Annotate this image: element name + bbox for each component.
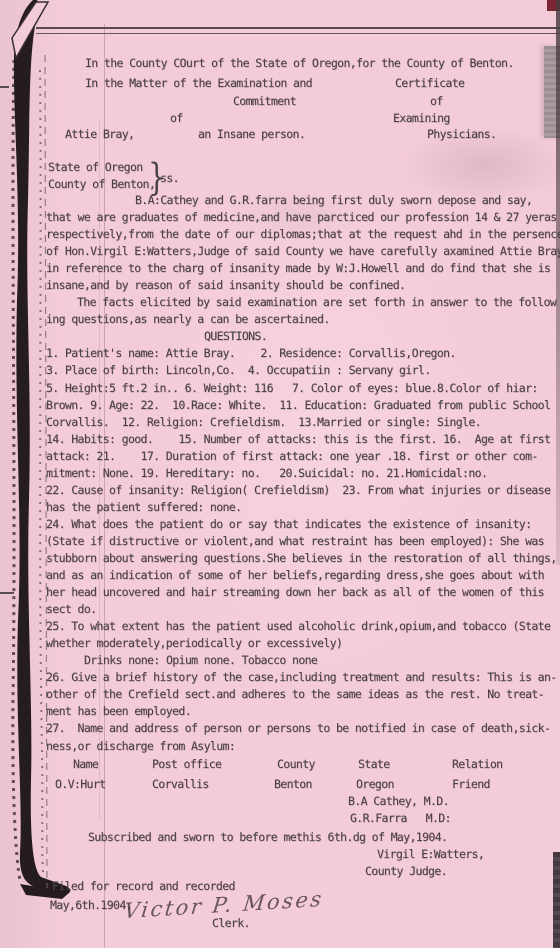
doc-line: Drinks none: Opium none. Tobacco none: [84, 653, 560, 670]
doc-line: other of the Crefield sect.and adheres t…: [46, 687, 560, 704]
physician-signature-1: B.A Cathey, M.D.: [348, 794, 449, 808]
table-cell-postoffice: Corvallis: [152, 777, 209, 791]
doc-line: has the patient suffered: none.: [46, 500, 560, 517]
caption-of-left: of: [170, 111, 183, 125]
caption-commitment: Commitment: [233, 94, 296, 108]
venue-county: County of Benton,: [48, 177, 155, 191]
bottom-right-scan-strip: [553, 852, 560, 948]
judge-signature: Virgil E:Watters,: [377, 847, 484, 861]
party-descriptor: an Insane person.: [198, 127, 305, 141]
caption-certificate: Certificate: [395, 76, 464, 90]
doc-line: 24. What does the patient do or say that…: [46, 517, 560, 534]
filed-line: Filed for record and recorded: [52, 879, 235, 893]
doc-line: 22. Cause of insanity: Religion( Crefiel…: [46, 483, 560, 500]
top-double-rule-lower: [36, 33, 560, 35]
judge-title: County Judge.: [365, 864, 447, 878]
table-cell-county: Benton: [274, 777, 312, 791]
table-cell-state: Oregon: [356, 777, 394, 791]
doc-line: B.A:Cathey and G.R.farra being first dul…: [135, 193, 560, 210]
table-header-relation: Relation: [452, 757, 502, 771]
doc-line: 5. Height:5 ft.2 in.. 6. Weight: 116 7. …: [46, 381, 560, 398]
document-body: B.A:Cathey and G.R.farra being first dul…: [46, 193, 560, 756]
doc-line: ment has been employed.: [46, 704, 560, 721]
table-header-name: Name: [73, 757, 98, 771]
doc-line: that we are graduates of medicine,and ha…: [46, 210, 560, 227]
table-header-county: County: [277, 757, 315, 771]
sworn-statement-line: Subscribed and sworn to before methis 6t…: [88, 830, 447, 844]
doc-line: respectively,from the date of our diplom…: [46, 227, 560, 244]
questions-heading: QUESTIONS.: [204, 329, 560, 346]
doc-line: ing questions,as nearly a can be ascerta…: [46, 312, 560, 329]
party-name: Attie Bray,: [65, 127, 134, 141]
caption-examining: Examining: [393, 111, 450, 125]
doc-line: mitment: None. 19. Hereditary: no. 20.Su…: [46, 466, 560, 483]
doc-line: The facts elicited by said examination a…: [77, 295, 560, 312]
caption-physicians: Physicians.: [427, 127, 496, 141]
doc-line: and as an indication of some of her beli…: [46, 568, 560, 585]
doc-line: Corvallis. 12. Religion: Crefieldism. 13…: [46, 415, 560, 432]
table-cell-name: O.V:Hurt: [55, 777, 105, 791]
doc-line: 1. Patient's name: Attie Bray. 2. Reside…: [46, 346, 560, 363]
top-double-rule-upper: [36, 27, 560, 29]
caption-matter-line: In the Matter of the Examination and: [85, 76, 312, 90]
left-edge-mark: [0, 592, 14, 594]
doc-line: 14. Habits: good. 15. Number of attacks:…: [46, 432, 560, 449]
physician-signature-2: G.R.Farra M.D:: [350, 811, 451, 825]
doc-line: sect do.: [46, 602, 560, 619]
doc-line: stubborn about answering questions.She b…: [46, 551, 560, 568]
doc-line: her head uncovered and hair streaming do…: [46, 585, 560, 602]
table-cell-relation: Friend: [452, 777, 490, 791]
doc-line: 26. Give a brief history of the case,inc…: [46, 670, 560, 687]
scanned-document-page: In the County COurt of the State of Oreg…: [0, 0, 560, 948]
doc-line: whether moderately,periodically or exces…: [46, 636, 560, 653]
doc-line: attack: 21. 17. Duration of first attack…: [46, 449, 560, 466]
doc-line: 25. To what extent has the patient used …: [46, 619, 560, 636]
venue-ss: ss.: [160, 171, 179, 185]
left-edge-mark: [0, 86, 9, 88]
doc-line: in reference to the charg of insanity ma…: [46, 261, 560, 278]
doc-line: insane,and by reason of said insanity sh…: [46, 278, 560, 295]
doc-line: of Hon.Virgil E:Watters,Judge of said Co…: [46, 244, 560, 261]
doc-line: 27. Name and address of person or person…: [46, 721, 560, 738]
doc-line: 3. Place of birth: Lincoln,Co. 4. Occupa…: [46, 363, 560, 380]
venue-state: State of Oregon: [48, 160, 143, 174]
doc-line: ness,or discharge from Asylum:: [46, 739, 560, 756]
court-title-line: In the County COurt of the State of Oreg…: [85, 56, 514, 70]
filed-date: May,6th.1904.: [50, 898, 132, 912]
table-header-postoffice: Post office: [152, 757, 221, 771]
caption-of-right: of: [430, 94, 443, 108]
clerk-title: Clerk.: [212, 916, 250, 930]
table-header-state: State: [358, 757, 390, 771]
doc-line: (State if distructive or violent,and wha…: [46, 534, 560, 551]
doc-line: Brown. 9. Age: 22. 10.Race: White. 11. E…: [46, 398, 560, 415]
